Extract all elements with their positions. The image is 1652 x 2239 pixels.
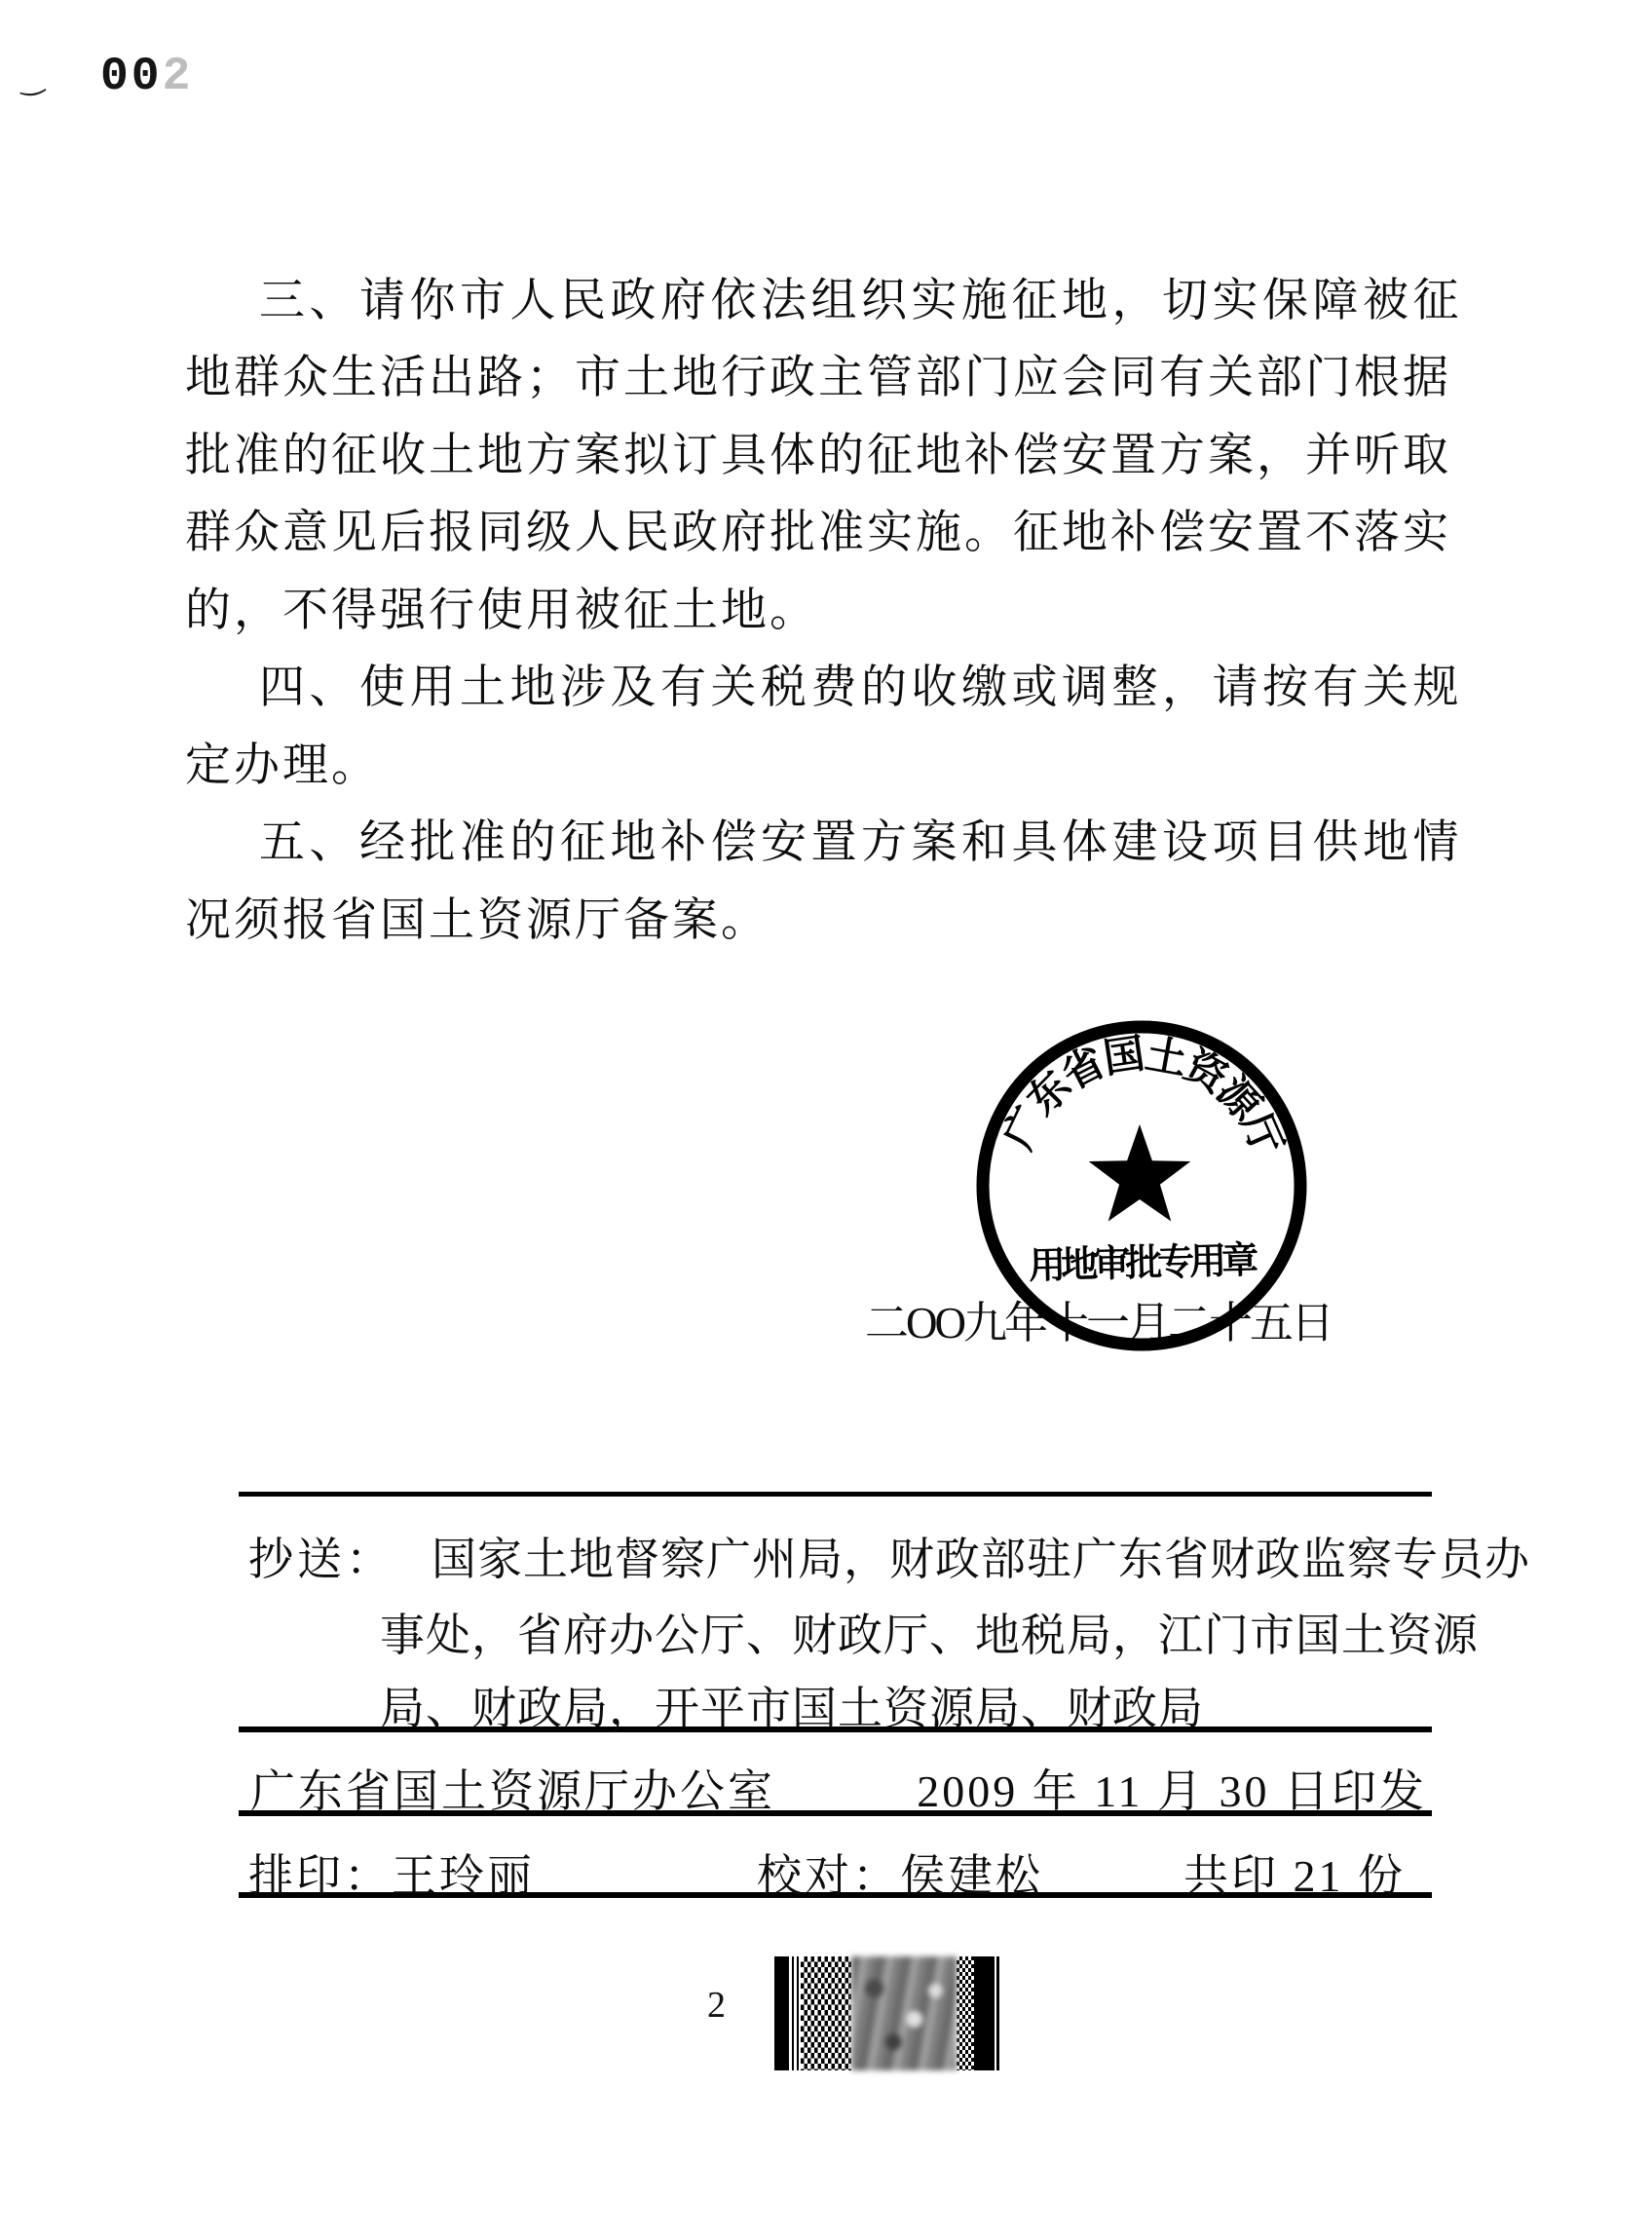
cc-line-2: 事处，省府办公厅、财政厅、地税局，江门市国土资源 (380, 1600, 1479, 1664)
body-line-8: 五、经批准的征地补偿安置方案和具体建设项目供地情 (259, 816, 1463, 870)
body-line-5: 的，不得强行使用被征土地。 (185, 584, 818, 638)
typesetter: 排印：王玲丽 (248, 1841, 535, 1905)
document-page: ‿ 002 三、请你市人民政府依法组织实施征地，切实保障被征 地群众生活出路；市… (0, 0, 1652, 2239)
official-seal: 广东省国土资源厅 用地审批专用章 (966, 1010, 1317, 1361)
seal-graphic: 广东省国土资源厅 用地审批专用章 (966, 1010, 1317, 1361)
cc-line-1: 抄送：国家土地督察广州局，财政部驻广东省财政监察专员办 (248, 1524, 1530, 1588)
body-line-1: 三、请你市人民政府依法组织实施征地，切实保障被征 (259, 274, 1463, 328)
document-corner-number: 002 (100, 51, 193, 103)
body-line-6: 四、使用土地涉及有关税费的收缴或调整，请按有关规 (259, 661, 1463, 715)
cc-line-1-text: 国家土地督察广州局，财政部驻广东省财政监察专员办 (432, 1535, 1530, 1584)
page-number: 2 (707, 1984, 726, 2027)
corner-number-visible: 00 (100, 51, 163, 103)
proofreader: 校对：侯建松 (757, 1841, 1043, 1905)
issuing-office: 广东省国土资源厅办公室 (250, 1756, 775, 1820)
body-line-4: 群众意见后报同级人民政府批准实施。征地补偿安置不落实 (185, 506, 1451, 560)
print-date: 2009 年 11 月 30 日印发 (917, 1756, 1427, 1820)
body-line-3: 批准的征收土地方案拟订具体的征地补偿安置方案，并听取 (185, 429, 1451, 483)
body-line-9: 况须报省国土资源厅备案。 (185, 893, 770, 948)
copies-count: 共印 21 份 (1183, 1841, 1406, 1905)
barcode-right-stripes (992, 1956, 1001, 2070)
body-line-2: 地群众生活出路；市土地行政主管部门应会同有关部门根据 (185, 351, 1451, 405)
cc-label: 抄送： (248, 1535, 394, 1584)
scan-artifact-mark: ‿ (18, 60, 46, 97)
barcode-thin-stripes (787, 1956, 801, 2070)
seal-bottom-text: 用地审批专用章 (1029, 1239, 1258, 1287)
body-line-7: 定办理。 (185, 739, 380, 793)
cc-line-3: 局、财政局，开平市国土资源局、财政局 (380, 1673, 1204, 1737)
barcode-blurred-center (851, 1956, 957, 2070)
separator-top (239, 1492, 1432, 1497)
corner-number-faint: 2 (163, 51, 194, 103)
barcode-right-bar (974, 1956, 992, 2070)
barcode-left-bar (774, 1956, 787, 2070)
star-icon (1089, 1124, 1191, 1222)
barcode (774, 1956, 1001, 2070)
barcode-noise-right (957, 1956, 974, 2070)
barcode-noise-left (801, 1956, 851, 2070)
